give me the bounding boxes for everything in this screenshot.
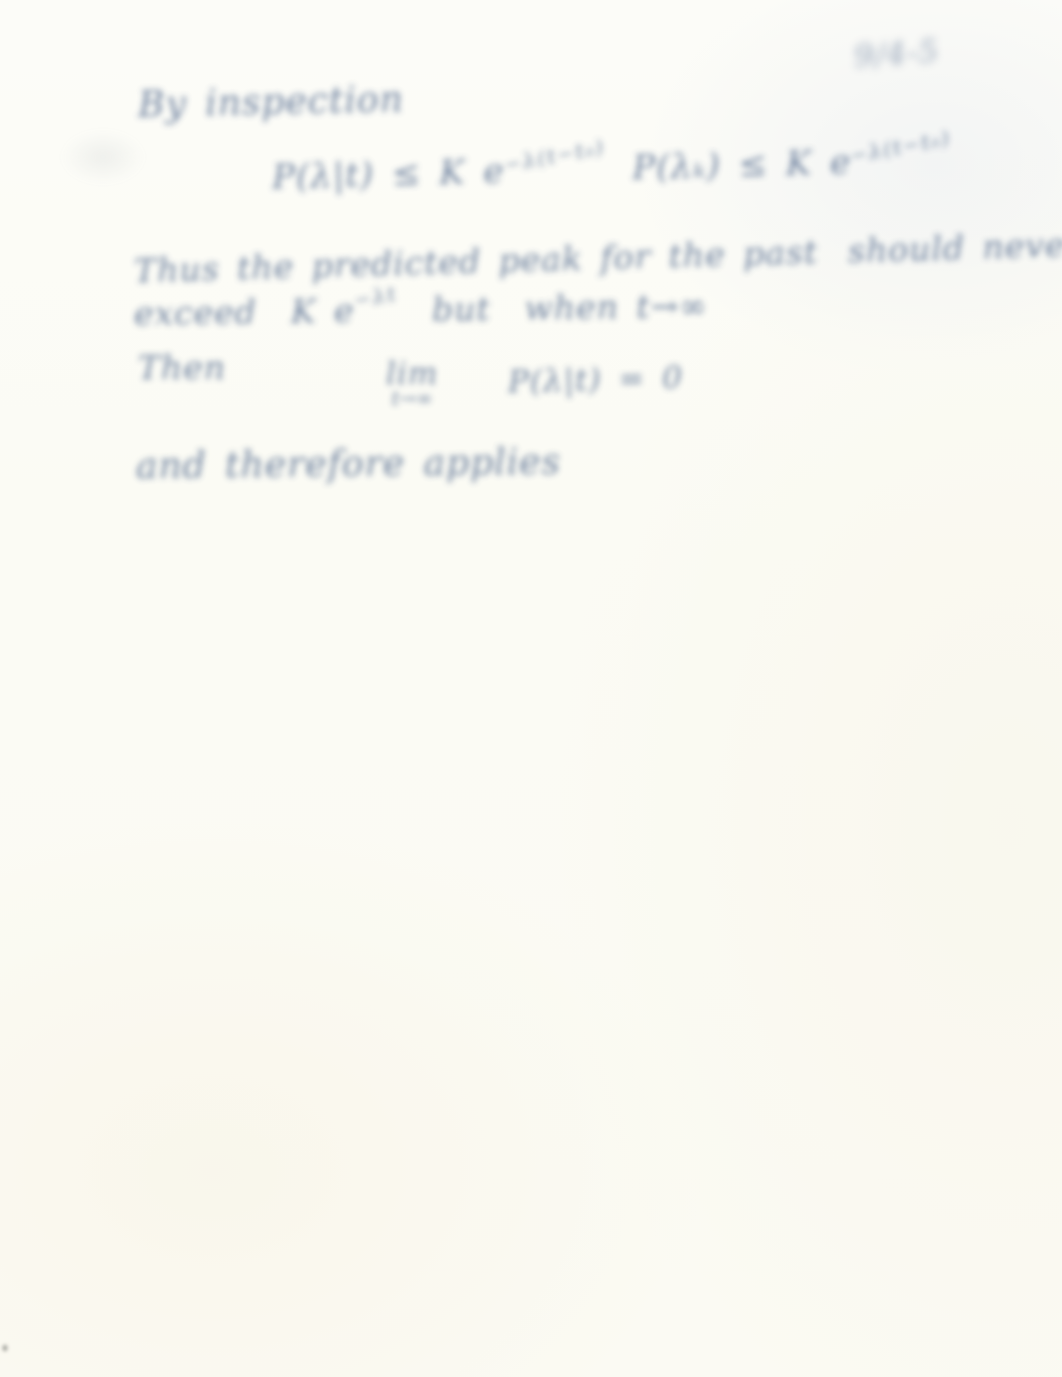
heading-by-inspection: By inspection xyxy=(138,79,405,126)
ke-term: K e xyxy=(291,291,355,331)
inequality-equation: P(λ|t) ≤ K e−λ(t−t₀)P(λₖ) ≤ K e−λ(t−t₀) xyxy=(272,139,954,197)
paragraph-gap xyxy=(818,262,848,263)
word-exceed: exceed xyxy=(134,292,257,333)
limit-result: P(λ|t) = 0 xyxy=(508,360,684,401)
ke-exponent: −λt xyxy=(352,281,399,312)
then-label: Then xyxy=(138,348,226,387)
scan-smudge xyxy=(48,122,158,192)
equation-gap xyxy=(607,179,633,180)
when-t-infinity: when t→∞ xyxy=(524,286,708,328)
scan-speck xyxy=(0,1342,10,1354)
word-but: but xyxy=(432,289,491,329)
equation-lhs-2: P(λₖ) xyxy=(632,146,721,188)
equation-exponent-2: −λ(t−t₀) xyxy=(848,125,953,167)
equation-relation-2: ≤ K e xyxy=(738,142,852,185)
paragraph-line-1-start: Thus the predicted peak for the past xyxy=(134,232,819,290)
limit-notation: lim t→∞ xyxy=(386,356,438,410)
page-number-mark: 9/4-5 xyxy=(853,33,940,75)
equation-exponent: −λ(t−t₀) xyxy=(502,135,607,177)
equation-lhs: P(λ|t) xyxy=(272,155,375,198)
notebook-page: 9/4-5 By inspection P(λ|t) ≤ K e−λ(t−t₀)… xyxy=(0,0,1062,1377)
closing-line: and therefore applies xyxy=(136,442,561,487)
lim-subscript: t→∞ xyxy=(386,386,438,410)
equation-relation: ≤ K e xyxy=(391,151,505,194)
paragraph-line-2: exceedK e−λtbutwhen t→∞ xyxy=(134,286,708,333)
paragraph-line-1-end: should never xyxy=(848,225,1062,271)
paragraph-line-1: Thus the predicted peak for the pastshou… xyxy=(134,225,1062,290)
